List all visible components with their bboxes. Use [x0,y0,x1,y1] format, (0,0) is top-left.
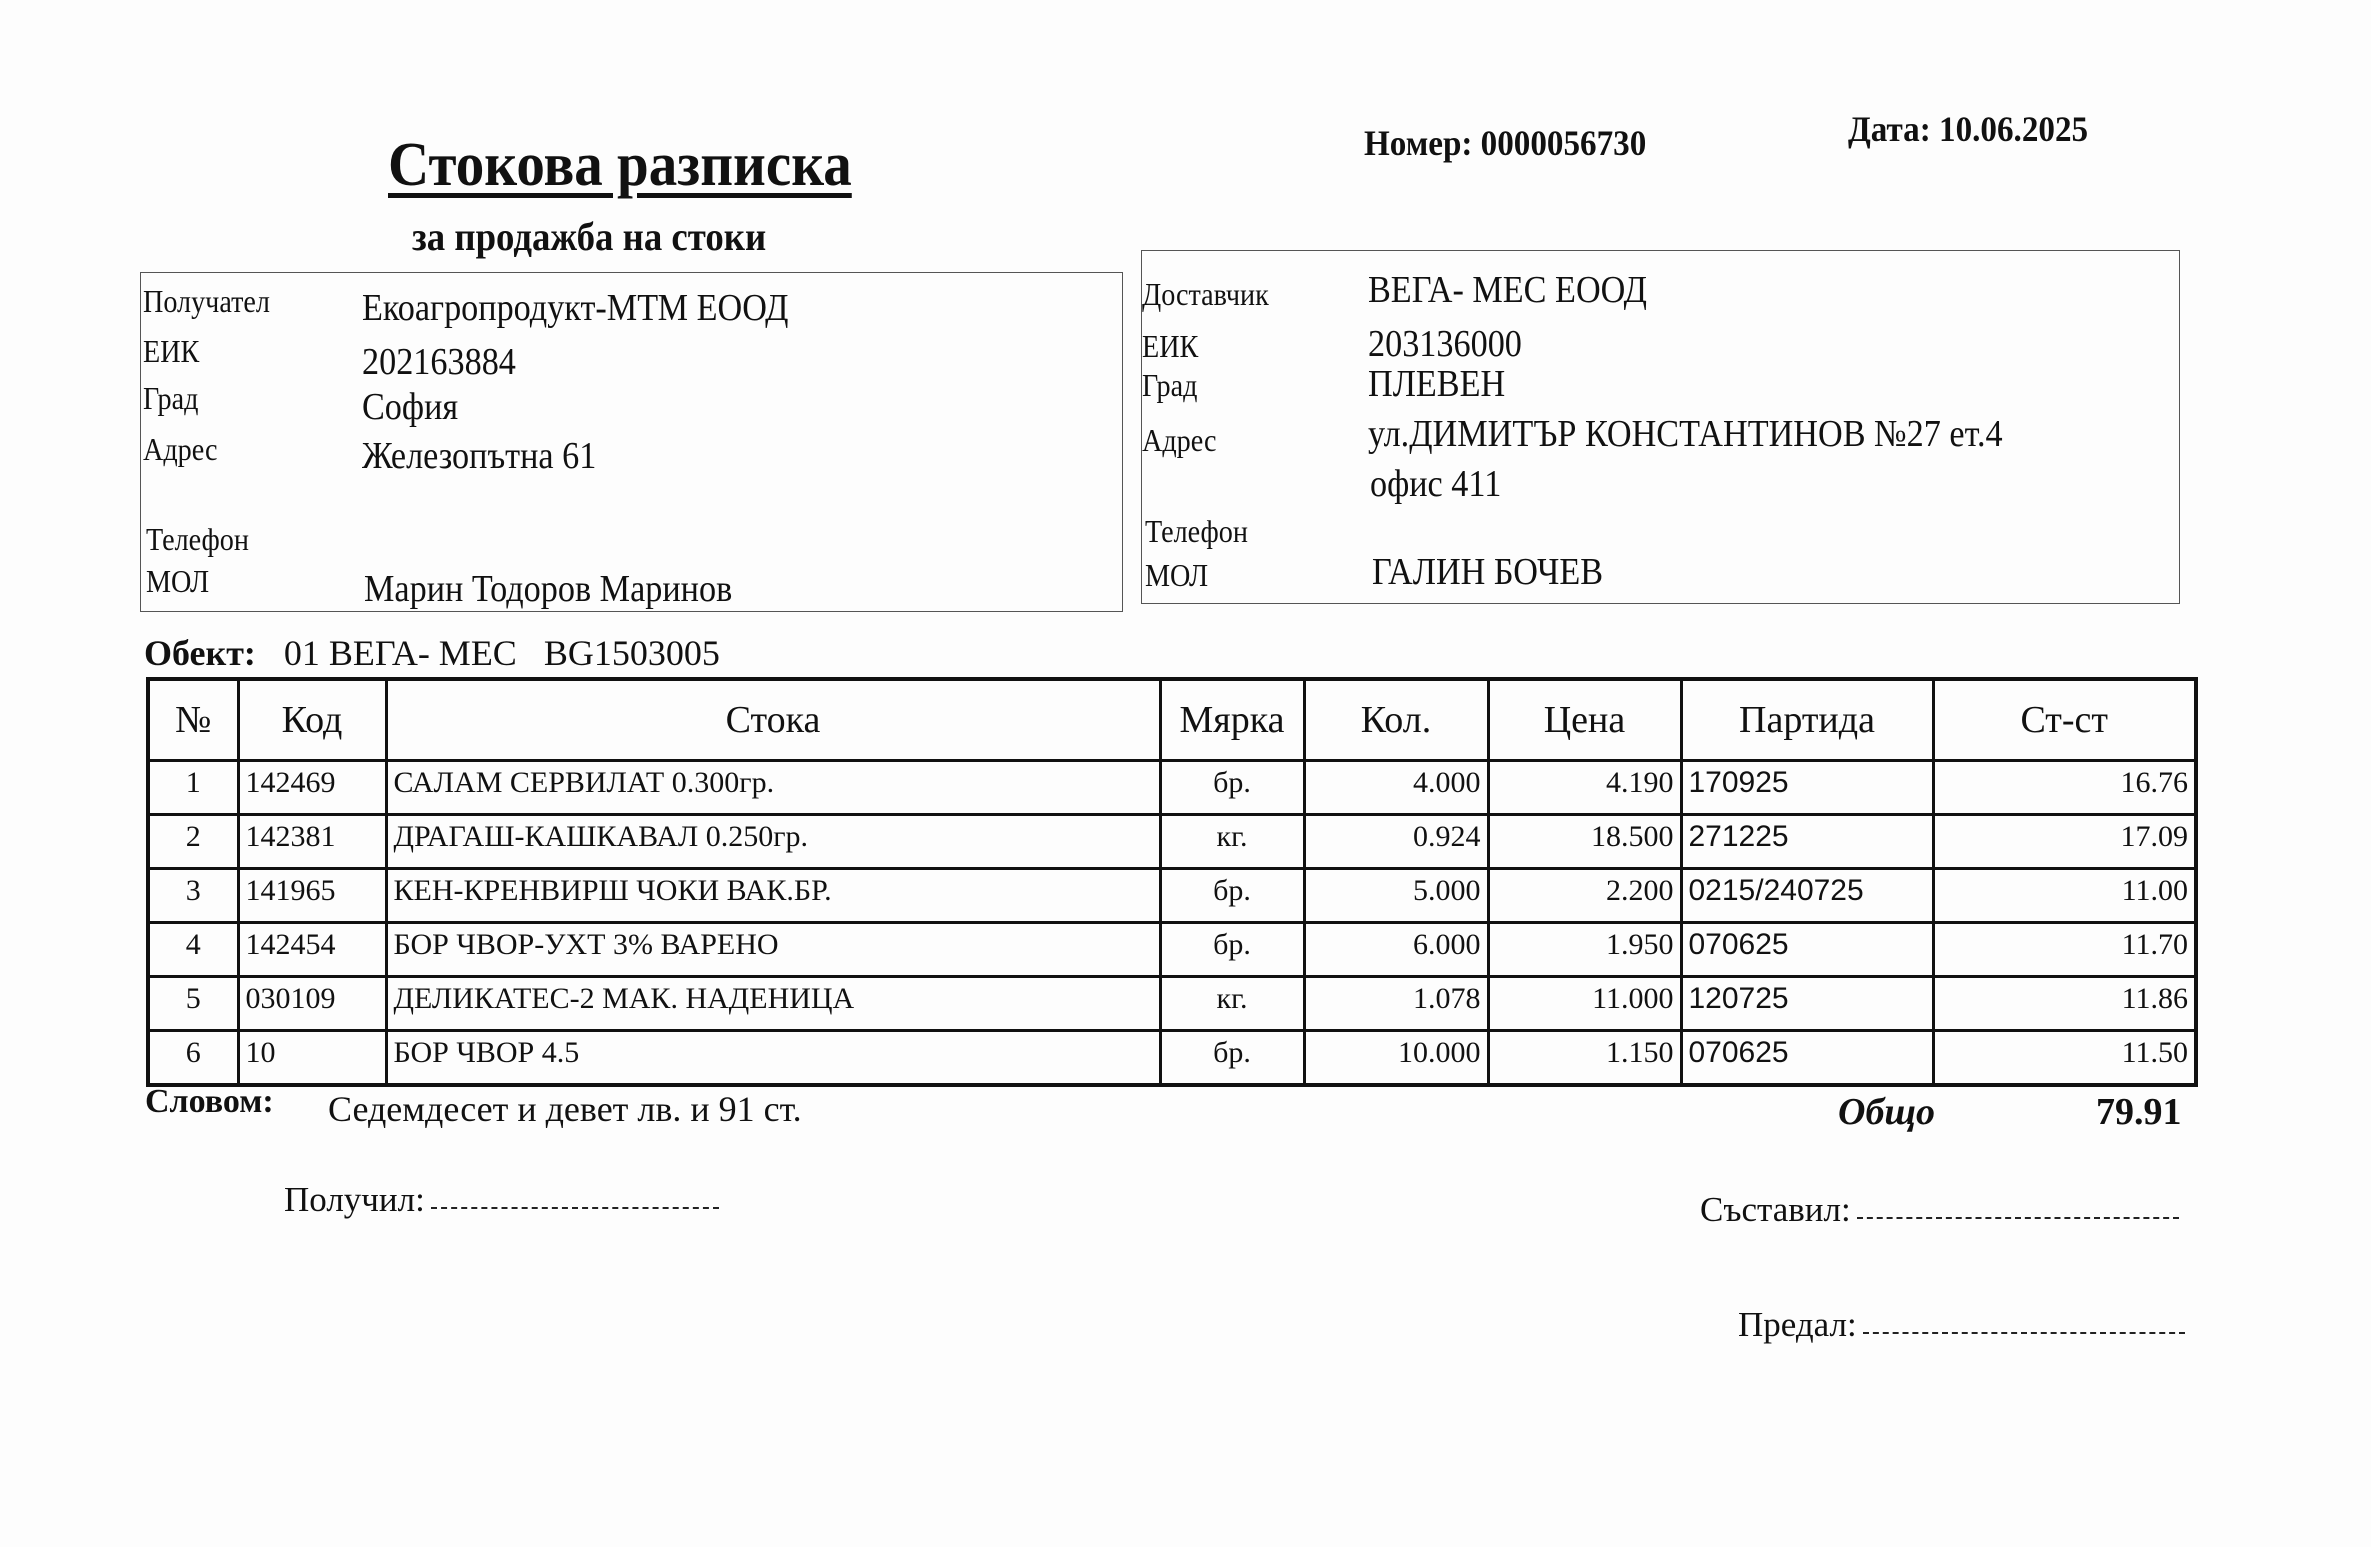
supplier-address-label: Адрес [1142,422,1216,459]
cell-amount: 16.76 [1933,761,2196,815]
signature-received: Получил: [284,1180,719,1220]
table-header-row: № Код Стока Мярка Кол. Цена Партида Ст-с… [148,679,2196,761]
signature-handed: Предал: [1738,1305,2185,1345]
supplier-label: Доставчик [1142,276,1269,313]
supplier-address: ул.ДИМИТЪР КОНСТАНТИНОВ №27 ет.4 [1368,412,2003,456]
column-header-goods: Стока [386,679,1160,761]
document-date-value: 10.06.2025 [1939,109,2088,149]
cell-code: 030109 [238,977,386,1031]
object-label: Обект: [144,633,256,673]
table-row: 3 141965 КЕН-КРЕНВИРШ ЧОКИ ВАК.БР. бр. 5… [148,869,2196,923]
cell-no: 2 [148,815,238,869]
cell-price: 4.190 [1488,761,1681,815]
recipient-city: София [362,385,458,429]
cell-unit: бр. [1160,761,1304,815]
supplier-mol-label: МОЛ [1145,557,1208,594]
total-value: 79.91 [2096,1090,2182,1134]
signature-received-label: Получил: [284,1180,425,1219]
cell-amount: 11.70 [1933,923,2196,977]
supplier-address-line2: офис 411 [1370,462,1501,506]
signature-handed-label: Предал: [1738,1305,1857,1344]
signature-composed-label: Съставил: [1700,1190,1851,1229]
cell-goods: САЛАМ СЕРВИЛАТ 0.300гр. [386,761,1160,815]
document-date-label: Дата: [1848,109,1931,149]
table-row: 4 142454 БОР ЧВОР-УХТ 3% ВАРЕНО бр. 6.00… [148,923,2196,977]
amount-in-words-label: Словом: [145,1083,274,1121]
cell-unit: бр. [1160,869,1304,923]
cell-unit: бр. [1160,923,1304,977]
cell-qty: 10.000 [1304,1031,1488,1086]
column-header-code: Код [238,679,386,761]
supplier-city-label: Град [1142,367,1197,404]
table-row: 1 142469 САЛАМ СЕРВИЛАТ 0.300гр. бр. 4.0… [148,761,2196,815]
cell-qty: 4.000 [1304,761,1488,815]
document-date: Дата: 10.06.2025 [1848,108,2088,150]
recipient-label: Получател [143,283,270,320]
signature-composed: Съставил: [1700,1190,2179,1230]
items-table: № Код Стока Мярка Кол. Цена Партида Ст-с… [146,677,2198,1087]
cell-code: 10 [238,1031,386,1086]
cell-goods: ДРАГАШ-КАШКАВАЛ 0.250гр. [386,815,1160,869]
supplier-name: ВЕГА- МЕС ЕООД [1368,268,1647,312]
cell-qty: 0.924 [1304,815,1488,869]
column-header-batch: Партида [1681,679,1933,761]
recipient-name: Екоагропродукт-МТМ ЕООД [362,286,789,330]
cell-unit: кг. [1160,977,1304,1031]
column-header-qty: Кол. [1304,679,1488,761]
column-header-unit: Мярка [1160,679,1304,761]
supplier-city: ПЛЕВЕН [1368,362,1505,406]
cell-goods: БОР ЧВОР 4.5 [386,1031,1160,1086]
supplier-mol: ГАЛИН БОЧЕВ [1372,550,1603,594]
cell-qty: 6.000 [1304,923,1488,977]
recipient-address: Железопътна 61 [362,434,596,478]
cell-qty: 5.000 [1304,869,1488,923]
supplier-eik: 203136000 [1368,322,1522,366]
cell-code: 142381 [238,815,386,869]
signature-line [431,1207,719,1209]
cell-no: 3 [148,869,238,923]
supplier-phone-label: Телефон [1145,513,1248,550]
table-row: 2 142381 ДРАГАШ-КАШКАВАЛ 0.250гр. кг. 0.… [148,815,2196,869]
cell-unit: бр. [1160,1031,1304,1086]
object-value: 01 ВЕГА- МЕС BG1503005 [284,633,720,673]
cell-goods: КЕН-КРЕНВИРШ ЧОКИ ВАК.БР. [386,869,1160,923]
object-line: Обект:01 ВЕГА- МЕС BG1503005 [144,632,720,674]
cell-amount: 11.50 [1933,1031,2196,1086]
recipient-address-label: Адрес [143,431,217,468]
recipient-mol-label: МОЛ [146,563,209,600]
cell-batch: 120725 [1681,977,1933,1031]
cell-price: 1.150 [1488,1031,1681,1086]
cell-goods: ДЕЛИКАТЕС-2 МАК. НАДЕНИЦА [386,977,1160,1031]
cell-batch: 070625 [1681,1031,1933,1086]
column-header-no: № [148,679,238,761]
amount-in-words: Седемдесет и девет лв. и 91 ст. [328,1088,802,1130]
total-label: Общо [1838,1090,1935,1134]
table-row: 6 10 БОР ЧВОР 4.5 бр. 10.000 1.150 07062… [148,1031,2196,1086]
cell-qty: 1.078 [1304,977,1488,1031]
recipient-mol: Марин Тодоров Маринов [364,567,732,611]
cell-no: 1 [148,761,238,815]
recipient-city-label: Град [143,380,198,417]
document-subtitle: за продажба на стоки [412,213,766,260]
supplier-eik-label: ЕИК [1142,328,1198,365]
cell-no: 4 [148,923,238,977]
column-header-price: Цена [1488,679,1681,761]
cell-unit: кг. [1160,815,1304,869]
cell-price: 2.200 [1488,869,1681,923]
cell-code: 142454 [238,923,386,977]
cell-no: 6 [148,1031,238,1086]
cell-batch: 0215/240725 [1681,869,1933,923]
cell-batch: 271225 [1681,815,1933,869]
cell-no: 5 [148,977,238,1031]
cell-amount: 11.00 [1933,869,2196,923]
cell-amount: 11.86 [1933,977,2196,1031]
document-number-value: 0000056730 [1481,123,1647,163]
cell-code: 142469 [238,761,386,815]
recipient-eik: 202163884 [362,340,516,384]
cell-price: 1.950 [1488,923,1681,977]
recipient-phone-label: Телефон [146,521,249,558]
cell-price: 11.000 [1488,977,1681,1031]
cell-goods: БОР ЧВОР-УХТ 3% ВАРЕНО [386,923,1160,977]
column-header-amount: Ст-ст [1933,679,2196,761]
cell-amount: 17.09 [1933,815,2196,869]
signature-line [1863,1332,2185,1334]
table-row: 5 030109 ДЕЛИКАТЕС-2 МАК. НАДЕНИЦА кг. 1… [148,977,2196,1031]
recipient-eik-label: ЕИК [143,333,199,370]
document-title: Стокова разписка [388,130,852,201]
cell-batch: 170925 [1681,761,1933,815]
cell-price: 18.500 [1488,815,1681,869]
signature-line [1857,1217,2179,1219]
cell-code: 141965 [238,869,386,923]
cell-batch: 070625 [1681,923,1933,977]
document-number-label: Номер: [1364,123,1472,163]
document-number: Номер: 0000056730 [1364,122,1646,164]
